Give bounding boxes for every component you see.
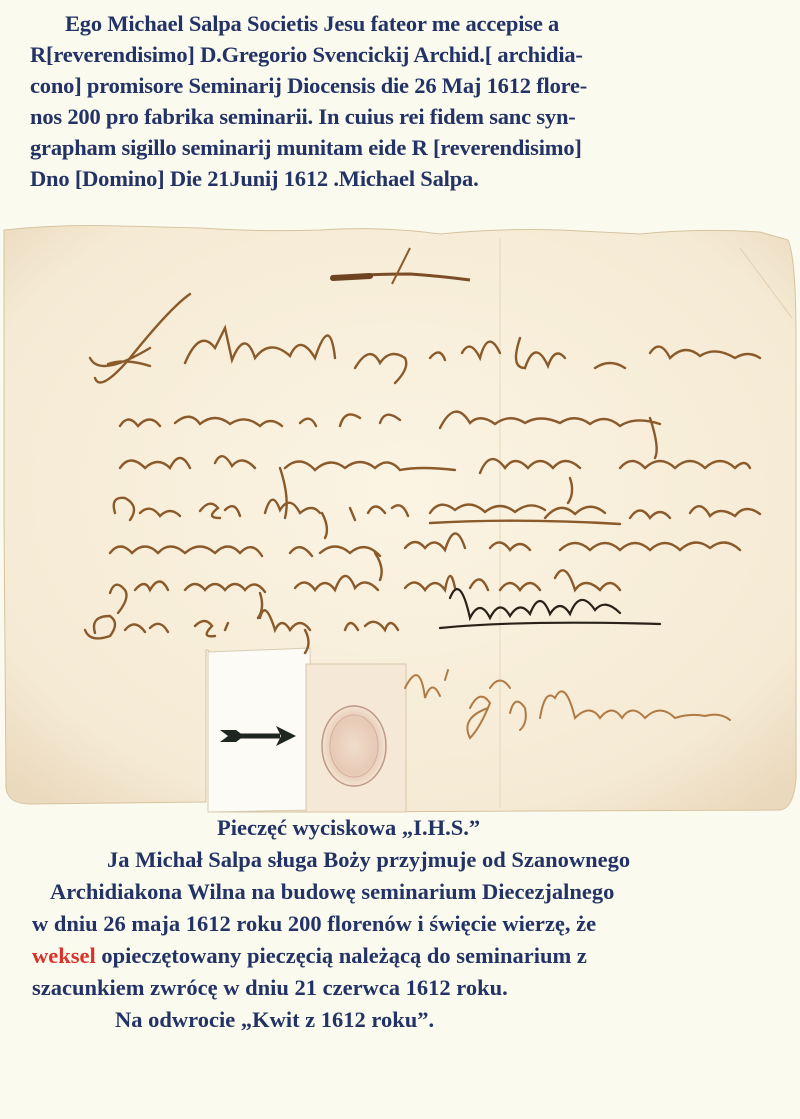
latin-line-2: R[reverendisimo] D.Gregorio Svencickij A… — [30, 39, 780, 70]
latin-line-1: Ego Michael Salpa Societis Jesu fateor m… — [30, 8, 780, 39]
weksel-highlight: weksel — [32, 943, 96, 968]
latin-line-3: cono] promisore Seminarij Diocensis die … — [30, 70, 780, 101]
polish-line-2: Archidiakona Wilna na budowę seminarium … — [50, 876, 614, 908]
polish-line-3: w dniu 26 maja 1612 roku 200 florenów i … — [32, 908, 596, 940]
polish-line-4: weksel opieczętowany pieczęcią należącą … — [32, 940, 587, 972]
polish-line-1: Ja Michał Salpa sługa Boży przyjmuje od … — [107, 844, 630, 876]
polish-line-6: Na odwrocie „Kwit z 1612 roku”. — [115, 1004, 434, 1036]
polish-line-5: szacunkiem zwrócę w dniu 21 czerwca 1612… — [32, 972, 508, 1004]
manuscript-image — [0, 218, 800, 818]
latin-line-4: nos 200 pro fabrika seminarii. In cuius … — [30, 101, 780, 132]
latin-line-5: grapham sigillo seminarij munitam eide R… — [30, 132, 780, 163]
latin-transcription: Ego Michael Salpa Societis Jesu fateor m… — [30, 8, 780, 194]
polish-line-4-rest: opieczętowany pieczęcią należącą do semi… — [96, 943, 587, 968]
seal-title: Pieczęć wyciskowa „I.H.S.” — [217, 812, 480, 844]
wax-seal-impression — [322, 706, 386, 786]
latin-line-6: Dno [Domino] Die 21Junij 1612 .Michael S… — [30, 163, 780, 194]
